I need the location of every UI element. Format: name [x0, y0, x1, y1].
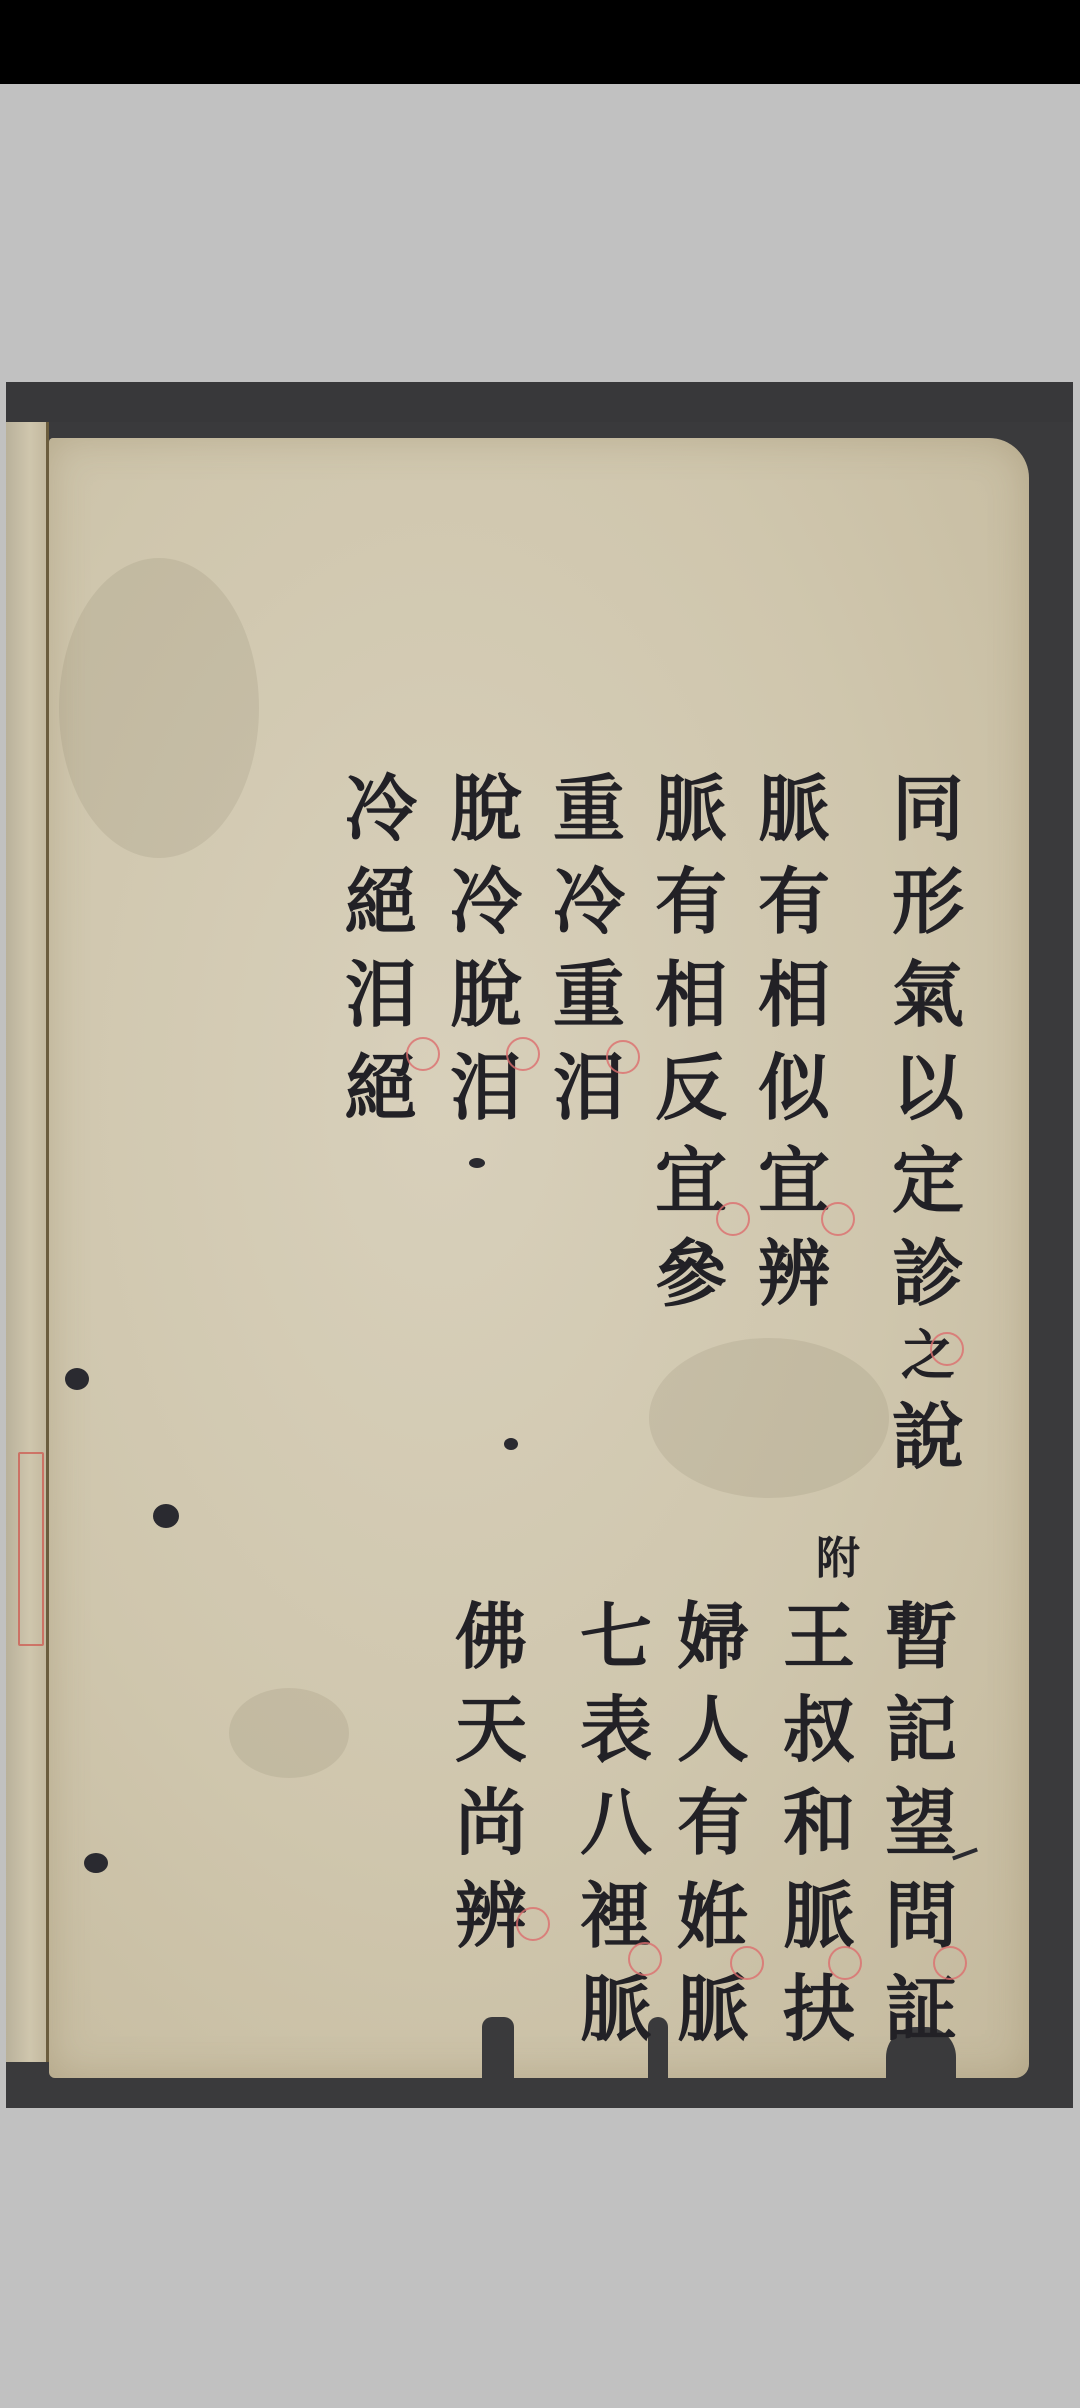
- paper-stain: [59, 558, 259, 858]
- red-circle-mark: [628, 1942, 662, 1976]
- red-circle-mark: [406, 1037, 440, 1071]
- character: 脈: [749, 762, 839, 855]
- character: 辨: [749, 1227, 839, 1320]
- text-column-1: 同 形 氣 以 定 診 之 說: [883, 762, 973, 1483]
- text-column-3: 脈 有 相 反 宜 參: [646, 762, 736, 1320]
- character: 相: [646, 948, 736, 1041]
- character: 天: [446, 1683, 536, 1776]
- red-circle-mark: [933, 1946, 967, 1980]
- character: 有: [668, 1776, 758, 1869]
- character: 絕: [336, 855, 426, 948]
- appendix-column-3: 婦 人 有 姙 脈: [668, 1590, 758, 2055]
- text-column-2: 脈 有 相 似 宜 辨: [749, 762, 839, 1320]
- ink-blot: [504, 1438, 518, 1450]
- character: 脈: [646, 762, 736, 855]
- character: 反: [646, 1041, 736, 1134]
- ink-blot: [469, 1158, 485, 1168]
- text-column-6: 冷 絕 泪 絕: [336, 762, 426, 1134]
- character: 暫: [876, 1590, 966, 1683]
- red-circle-mark: [821, 1202, 855, 1236]
- character: 冷: [441, 855, 531, 948]
- book-spine: [6, 422, 46, 2062]
- character: 以: [883, 1041, 973, 1134]
- text-column-5: 脫 冷 脫 泪: [441, 762, 531, 1134]
- character: 王: [774, 1590, 864, 1683]
- character: 脫: [441, 948, 531, 1041]
- character: 氣: [883, 948, 973, 1041]
- appendix-column-2: 王 叔 和 脈 抉: [774, 1590, 864, 2055]
- scan-backing-top: [6, 382, 1073, 422]
- red-circle-mark: [716, 1202, 750, 1236]
- appendix-column-1: 暫 記 望 問 証: [876, 1590, 966, 2055]
- character: 相: [749, 948, 839, 1041]
- character: 脈: [571, 1962, 661, 2055]
- character: 有: [749, 855, 839, 948]
- character: 似: [749, 1041, 839, 1134]
- red-circle-mark: [730, 1946, 764, 1980]
- character: 望: [876, 1776, 966, 1869]
- red-circle-mark: [606, 1040, 640, 1074]
- character: 佛: [446, 1590, 536, 1683]
- text-column-4: 重 冷 重 泪: [544, 762, 634, 1134]
- character: 形: [883, 855, 973, 948]
- red-circle-mark: [516, 1907, 550, 1941]
- red-circle-mark: [506, 1037, 540, 1071]
- red-seal-stamp: [18, 1452, 44, 1646]
- character: 叔: [774, 1683, 864, 1776]
- manuscript-scan[interactable]: 同 形 氣 以 定 診 之 說 脈 有 相 似 宜 辨 脈 有 相 反 宜 參 …: [6, 382, 1073, 2108]
- character: 定: [883, 1134, 973, 1227]
- character: 人: [668, 1683, 758, 1776]
- character: 八: [571, 1776, 661, 1869]
- character: 和: [774, 1776, 864, 1869]
- character: 尚: [446, 1776, 536, 1869]
- character: 診: [883, 1227, 973, 1320]
- appendix-column-5: 佛 天 尚 辨: [446, 1590, 536, 1962]
- character: 說: [883, 1390, 973, 1483]
- character: 脫: [441, 762, 531, 855]
- appendix-column-4: 七 表 八 裡 脈: [571, 1590, 661, 2055]
- character: 有: [646, 855, 736, 948]
- character: 七: [571, 1590, 661, 1683]
- character: 婦: [668, 1590, 758, 1683]
- red-circle-mark: [930, 1332, 964, 1366]
- character: 重: [544, 762, 634, 855]
- character: 重: [544, 948, 634, 1041]
- character: 冷: [544, 855, 634, 948]
- character: 表: [571, 1683, 661, 1776]
- character: 冷: [336, 762, 426, 855]
- character: 同: [883, 762, 973, 855]
- ink-blot: [65, 1368, 89, 1390]
- appendix-heading: 附: [816, 1522, 860, 1586]
- red-circle-mark: [828, 1946, 862, 1980]
- character: 泪: [336, 948, 426, 1041]
- character: 記: [876, 1683, 966, 1776]
- status-bar: [0, 0, 1080, 84]
- paper-stain: [229, 1688, 349, 1778]
- ink-blot: [84, 1853, 108, 1873]
- character: 參: [646, 1227, 736, 1320]
- paper-stain: [649, 1338, 889, 1498]
- ink-blot: [153, 1504, 179, 1528]
- torn-edge: [482, 2017, 514, 2087]
